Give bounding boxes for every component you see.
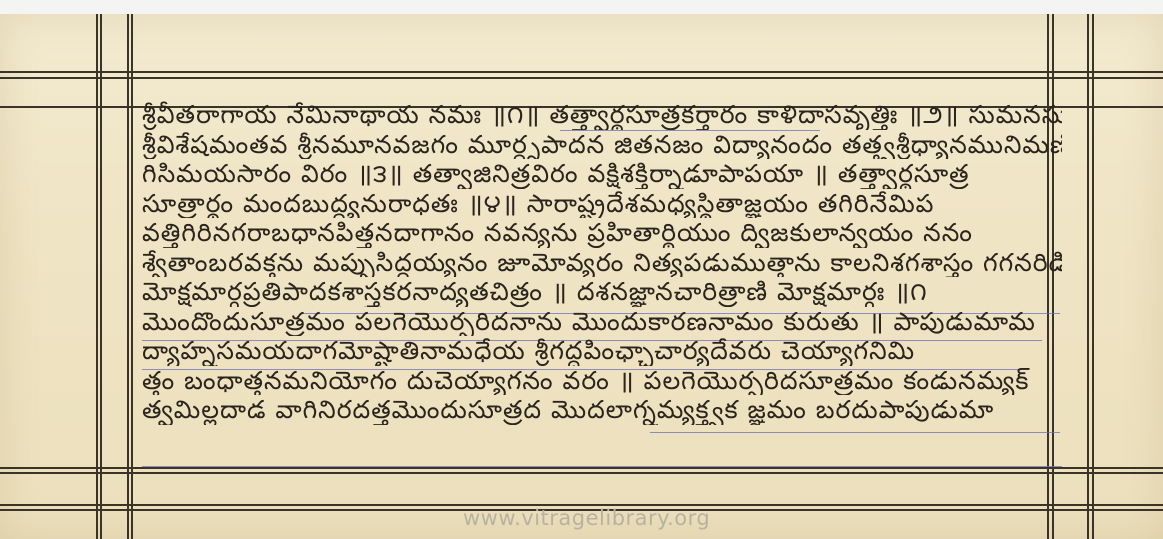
rule-left-inner-2: [131, 14, 133, 539]
rule-bottom-inner-2: [0, 472, 1163, 474]
library-watermark: www.vitragelibrary.org: [463, 506, 710, 530]
pencil-underline: [142, 466, 1062, 467]
rule-top-outer: [0, 71, 1163, 73]
pencil-underline: [650, 432, 1060, 433]
text-line: మోక్షమార్గప్రతిపాదకశాస్త్రకరనాద్యతచిత్రం…: [142, 277, 1062, 307]
text-line: సూత్రార్థం మందబుద్ధ్యనురాధతః ॥౪॥ సారాష్ట…: [142, 189, 1062, 219]
rule-bottom-inner: [0, 467, 1163, 469]
text-line: శ్వేతాంబరవక్తను మప్పుసిద్ధయ్యనం జూమోవ్యర…: [142, 248, 1062, 278]
text-line: త్తం బంధాత్తనమనియోగం దుచెయ్యాగనం వరం ॥ ప…: [142, 366, 1062, 396]
text-line: గిసిమయసారం విరం ॥౩॥ తత్వాజినిత్రవిరం వక్…: [142, 159, 1062, 189]
text-line: త్వమిల్లదాడ వాగినిరదత్తమొందుసూత్రద మొదలా…: [142, 395, 1062, 425]
rule-left-outer-2: [100, 14, 102, 539]
text-line: మొందొందుసూత్రమం పలగెయొర్పరిదనాను మొందుకా…: [142, 307, 1062, 337]
rule-right-outer: [1087, 14, 1089, 539]
rule-right-outer-2: [1092, 14, 1094, 539]
text-line: వత్తిగిరినగరాబధానపిత్తనదాగానం నవన్యను ప్…: [142, 218, 1062, 248]
text-line: శ్రీవిశేషమంతవ శ్రీనమూనవజగం మూర్ధ్నపాదన జ…: [142, 130, 1062, 160]
manuscript-text: శ్రీవీతరాగాయ నేమినాథాయ నమః ॥౧॥ తత్త్వార్…: [142, 100, 1062, 425]
rule-left-outer: [96, 14, 98, 539]
rule-left-inner: [127, 14, 129, 539]
text-line: ద్యాహ్నసమయదాగమోష్టాతినామధేయ శ్రీగద్ధపింఛ…: [142, 336, 1062, 366]
rule-top-outer-2: [0, 77, 1163, 79]
text-line: శ్రీవీతరాగాయ నేమినాథాయ నమః ॥౧॥ తత్త్వార్…: [142, 100, 1062, 130]
